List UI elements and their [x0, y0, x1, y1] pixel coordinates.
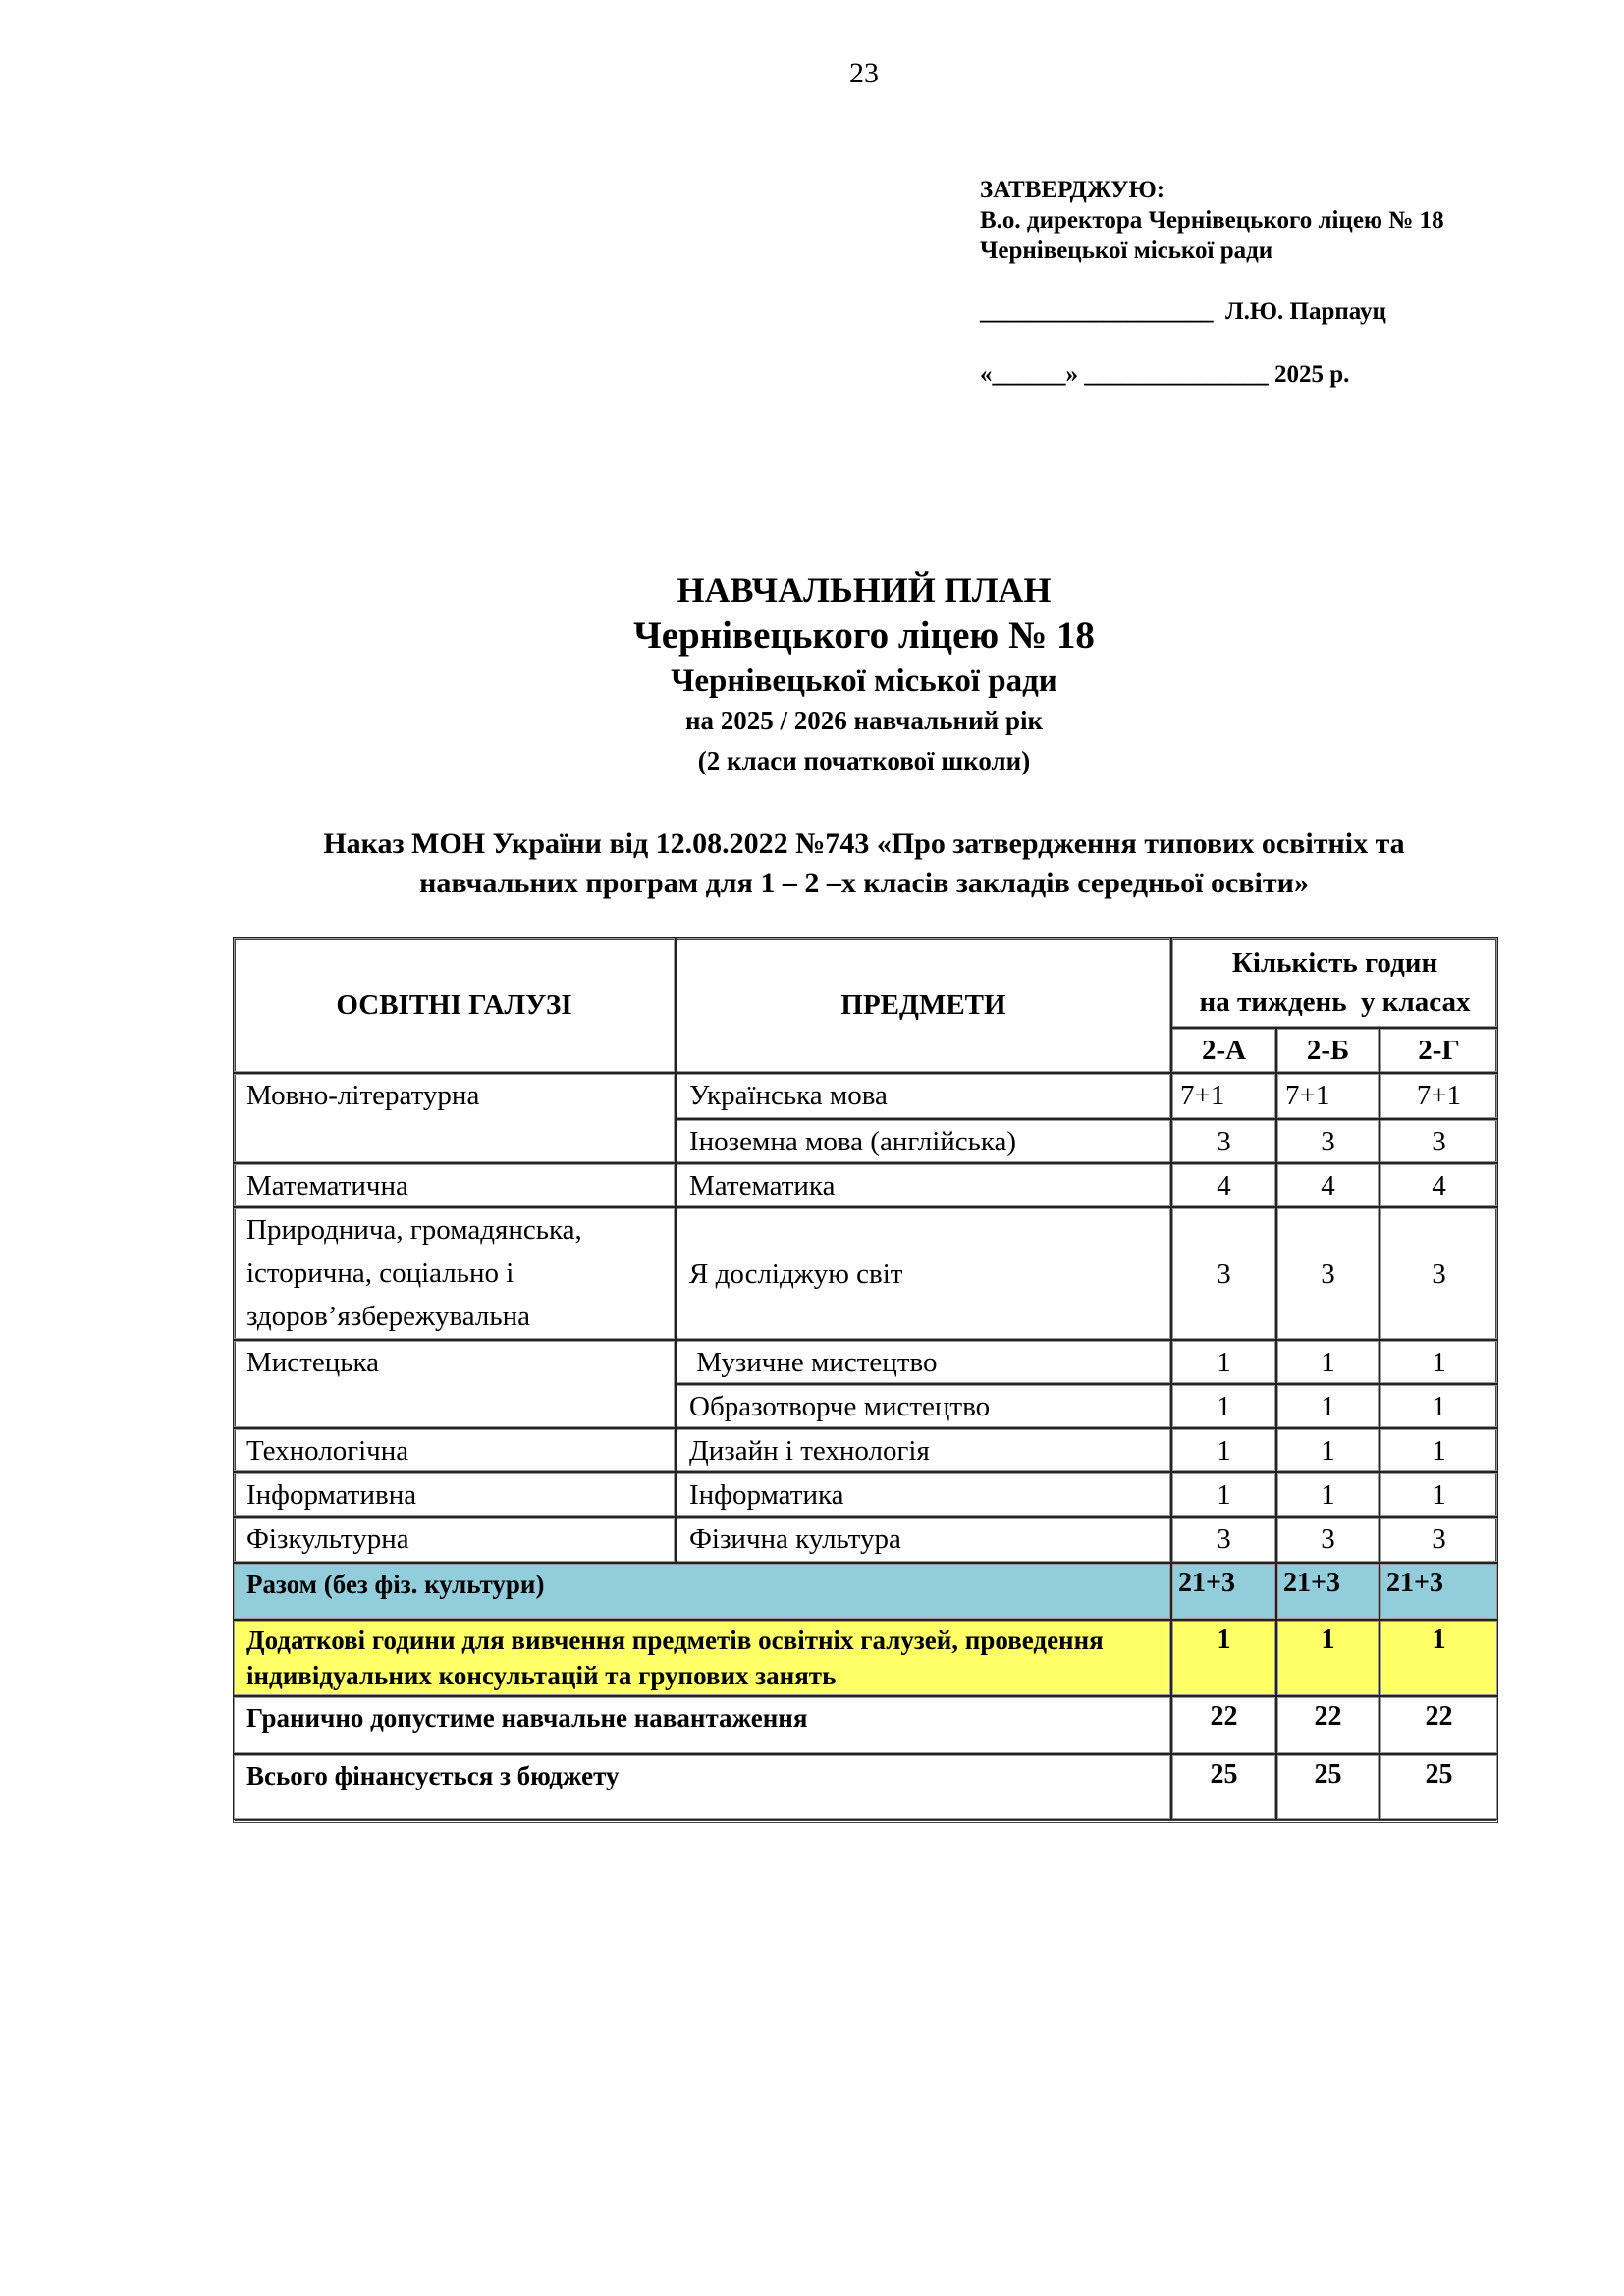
field-cell: Мовно-літературна	[233, 1073, 676, 1163]
title-line-2: Чернівецького ліцею № 18	[0, 613, 1624, 660]
total-value: 25	[1276, 1754, 1380, 1820]
hours-value: 4	[1380, 1163, 1498, 1207]
total-value: 21+3	[1380, 1563, 1498, 1620]
total-value: 1	[1380, 1620, 1498, 1696]
header-class-3: 2-Г	[1380, 1028, 1498, 1073]
curriculum-table: ОСВІТНІ ГАЛУЗІПРЕДМЕТИКількість годинна …	[233, 937, 1498, 1823]
approval-position: В.о. директора Чернівецького ліцею № 18	[980, 205, 1444, 236]
total-label: Разом (без фіз. культури)	[233, 1563, 1171, 1620]
subject-cell: Музичне мистецтво	[676, 1340, 1171, 1384]
total-value: 1	[1171, 1620, 1276, 1696]
total-label: Всього фінансується з бюджету	[233, 1754, 1171, 1820]
title-line-4: на 2025 / 2026 навчальний рік	[0, 703, 1624, 738]
field-cell: Інформативна	[233, 1472, 676, 1517]
field-cell: Математична	[233, 1163, 676, 1207]
document-title: НАВЧАЛЬНИЙ ПЛАН Чернівецького ліцею № 18…	[0, 567, 1624, 781]
subject-cell: Дизайн і технологія	[676, 1428, 1171, 1472]
total-value: 21+3	[1276, 1563, 1380, 1620]
total-value: 25	[1380, 1754, 1498, 1820]
hours-value: 3	[1380, 1119, 1498, 1163]
subject-cell: Я досліджую світ	[676, 1207, 1171, 1340]
hours-value: 4	[1171, 1163, 1276, 1207]
hours-value: 3	[1276, 1119, 1380, 1163]
subject-cell: Іноземна мова (англійська)	[676, 1119, 1171, 1163]
approval-signature-line: ___________________ Л.Ю. Парпауц	[980, 296, 1444, 327]
hours-value: 3	[1171, 1517, 1276, 1563]
title-line-1: НАВЧАЛЬНИЙ ПЛАН	[0, 567, 1624, 613]
field-cell: Природнича, громадянська, історична, соц…	[233, 1207, 676, 1340]
hours-value: 1	[1171, 1340, 1276, 1384]
field-cell: Технологічна	[233, 1428, 676, 1472]
subject-cell: Інформатика	[676, 1472, 1171, 1517]
total-value: 22	[1380, 1696, 1498, 1754]
hours-value: 1	[1171, 1428, 1276, 1472]
header-class-1: 2-А	[1171, 1028, 1276, 1073]
hours-value: 7+1	[1171, 1073, 1276, 1119]
subject-cell: Фізична культура	[676, 1517, 1171, 1563]
order-reference: Наказ МОН України від 12.08.2022 №743 «П…	[226, 825, 1502, 903]
hours-value: 1	[1276, 1384, 1380, 1428]
hours-value: 7+1	[1380, 1073, 1498, 1119]
hours-value: 1	[1171, 1384, 1276, 1428]
header-fields: ОСВІТНІ ГАЛУЗІ	[233, 937, 676, 1073]
hours-value: 1	[1276, 1340, 1380, 1384]
total-value: 22	[1276, 1696, 1380, 1754]
title-line-5: (2 класи початкової школи)	[0, 740, 1624, 781]
page-number: 23	[0, 57, 1624, 90]
hours-value: 1	[1380, 1340, 1498, 1384]
hours-value: 3	[1171, 1207, 1276, 1340]
hours-value: 3	[1380, 1207, 1498, 1340]
header-hours-line-2: на тиждень у класах	[1200, 983, 1471, 1022]
hours-value: 1	[1276, 1472, 1380, 1517]
approval-organization: Чернівецької міської ради	[980, 236, 1444, 266]
total-value: 22	[1171, 1696, 1276, 1754]
subject-cell: Математика	[676, 1163, 1171, 1207]
total-value: 21+3	[1171, 1563, 1276, 1620]
total-label: Гранично допустиме навчальне навантаженн…	[233, 1696, 1171, 1754]
hours-value: 1	[1380, 1384, 1498, 1428]
approval-block: ЗАТВЕРДЖУЮ: В.о. директора Чернівецького…	[980, 175, 1444, 390]
hours-value: 7+1	[1276, 1073, 1380, 1119]
hours-value: 1	[1171, 1472, 1276, 1517]
hours-value: 1	[1380, 1428, 1498, 1472]
header-class-2: 2-Б	[1276, 1028, 1380, 1073]
subject-cell: Українська мова	[676, 1073, 1171, 1119]
total-value: 1	[1276, 1620, 1380, 1696]
subject-cell: Образотворче мистецтво	[676, 1384, 1171, 1428]
hours-value: 3	[1276, 1517, 1380, 1563]
hours-value: 3	[1276, 1207, 1380, 1340]
hours-value: 4	[1276, 1163, 1380, 1207]
header-hours-line-1: Кількість годин	[1232, 943, 1437, 983]
field-cell: Фізкультурна	[233, 1517, 676, 1563]
title-line-3: Чернівецької міської ради	[0, 660, 1624, 703]
approval-date-line: «______» _______________ 2025 р.	[980, 359, 1444, 390]
order-line-1: Наказ МОН України від 12.08.2022 №743 «П…	[226, 825, 1502, 864]
hours-value: 1	[1276, 1428, 1380, 1472]
order-line-2: навчальних програм для 1 – 2 –х класів з…	[226, 864, 1502, 903]
field-cell: Мистецька	[233, 1340, 676, 1428]
hours-value: 3	[1380, 1517, 1498, 1563]
header-subjects: ПРЕДМЕТИ	[676, 937, 1171, 1073]
hours-value: 1	[1380, 1472, 1498, 1517]
hours-value: 3	[1171, 1119, 1276, 1163]
total-value: 25	[1171, 1754, 1276, 1820]
approval-heading: ЗАТВЕРДЖУЮ:	[980, 175, 1444, 205]
total-label: Додаткові години для вивчення предметів …	[233, 1620, 1171, 1696]
header-hours: Кількість годинна тиждень у класах	[1171, 937, 1498, 1028]
